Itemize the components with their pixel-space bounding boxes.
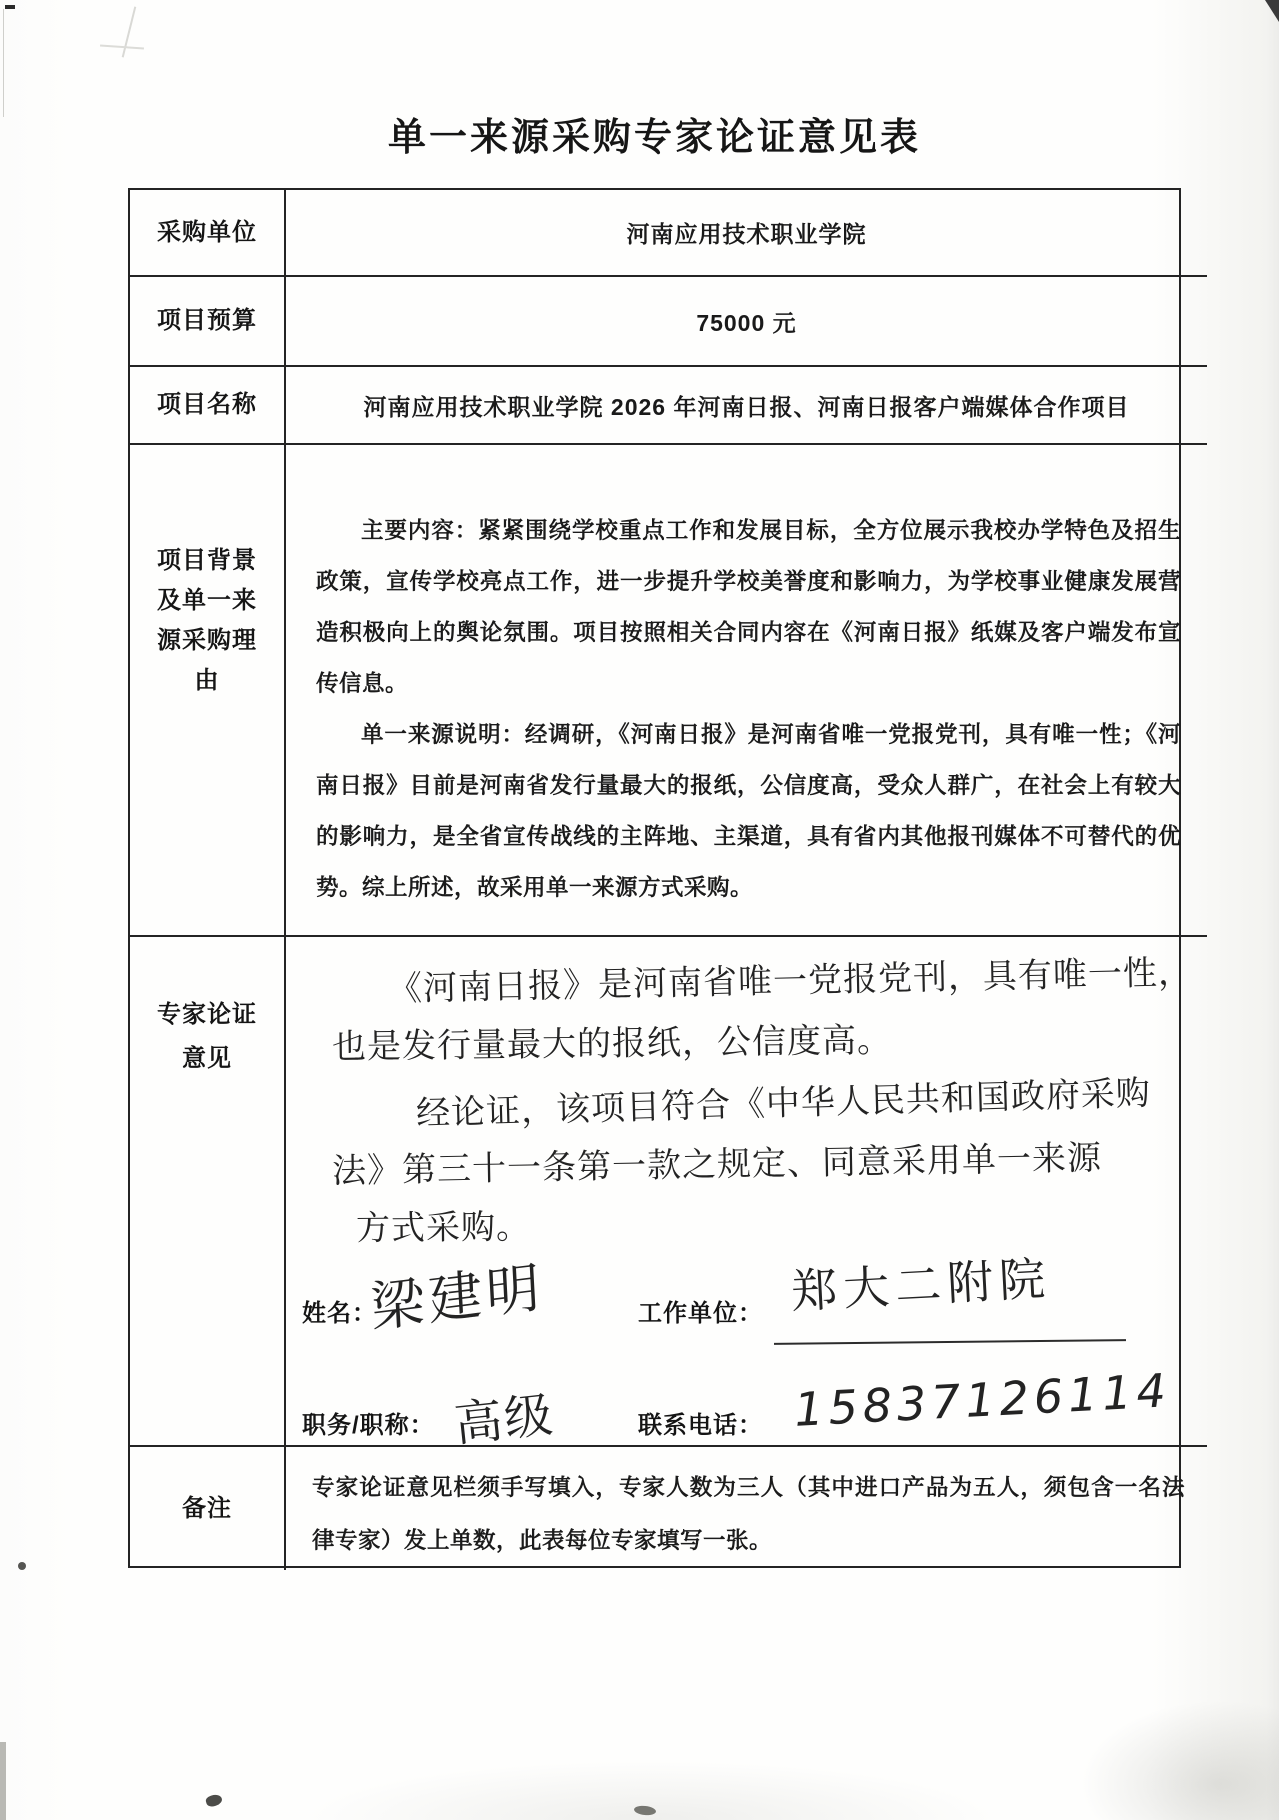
scan-artifact-speck bbox=[634, 1805, 657, 1816]
scan-artifact-smudge bbox=[300, 1760, 1000, 1820]
scan-artifact-dash bbox=[5, 5, 15, 9]
scanned-document-page: 单一来源采购专家论证意见表 采购单位 河南应用技术职业学院 项目预算 75000… bbox=[0, 0, 1279, 1820]
row-background: 项目背景及单一来源采购理由 主要内容：紧紧围绕学校重点工作和发展目标，全方位展示… bbox=[130, 445, 1207, 937]
phone-field-label: 联系电话： bbox=[638, 1405, 763, 1440]
remark-text-cell: 专家论证意见栏须手写填入，专家人数为三人（其中进口产品为五人，须包含一名法律专家… bbox=[286, 1447, 1207, 1570]
position-field-label: 职务/职称： bbox=[302, 1405, 435, 1440]
name-field-label: 姓名： bbox=[302, 1293, 377, 1328]
background-text-cell: 主要内容：紧紧围绕学校重点工作和发展目标，全方位展示我校办学特色及招生政策，宣传… bbox=[286, 445, 1207, 935]
work-unit-field-label: 工作单位： bbox=[638, 1293, 763, 1328]
document-title: 单一来源采购专家论证意见表 bbox=[128, 106, 1181, 161]
scan-artifact-streak bbox=[0, 1742, 6, 1820]
project-name-label: 项目名称 bbox=[145, 385, 269, 425]
budget-label-cell: 项目预算 bbox=[130, 277, 286, 365]
row-expert-opinion: 专家论证意见 《河南日报》是河南省唯一党报党刊，具有唯一性， 也是发行量最大的报… bbox=[130, 937, 1207, 1447]
expert-opinion-cell: 《河南日报》是河南省唯一党报党刊，具有唯一性， 也是发行量最大的报纸，公信度高。… bbox=[286, 937, 1207, 1445]
handwritten-opinion-line: 方式采购。 bbox=[356, 1191, 1194, 1259]
budget-label: 项目预算 bbox=[145, 301, 269, 341]
background-label: 项目背景及单一来源采购理由 bbox=[145, 541, 269, 701]
remark-label: 备注 bbox=[145, 1489, 269, 1529]
expert-opinion-label: 专家论证意见 bbox=[145, 993, 269, 1081]
scan-artifact-pencil-mark bbox=[100, 44, 144, 49]
background-label-cell: 项目背景及单一来源采购理由 bbox=[130, 445, 286, 935]
purchasing-unit-label-cell: 采购单位 bbox=[130, 190, 286, 275]
scan-artifact-speck bbox=[18, 1562, 26, 1570]
row-project-name: 项目名称 河南应用技术职业学院 2026 年河南日报、河南日报客户端媒体合作项目 bbox=[130, 367, 1207, 445]
phone-handwriting: 15837126114 bbox=[793, 1363, 1172, 1437]
budget-value: 75000 元 bbox=[286, 277, 1207, 365]
work-unit-signature: 郑大二附院 bbox=[789, 1242, 1052, 1322]
project-name-value: 河南应用技术职业学院 2026 年河南日报、河南日报客户端媒体合作项目 bbox=[286, 367, 1207, 443]
project-name-label-cell: 项目名称 bbox=[130, 367, 286, 443]
scan-artifact-edge-line bbox=[3, 9, 4, 117]
background-paragraph-2: 单一来源说明：经调研，《河南日报》是河南省唯一党报党刊，具有唯一性；《河南日报》… bbox=[316, 709, 1181, 913]
remark-label-cell: 备注 bbox=[130, 1447, 286, 1570]
background-paragraph-1: 主要内容：紧紧围绕学校重点工作和发展目标，全方位展示我校办学特色及招生政策，宣传… bbox=[316, 505, 1181, 709]
purchasing-unit-value: 河南应用技术职业学院 bbox=[286, 190, 1207, 275]
scan-artifact-smudge bbox=[1080, 1700, 1279, 1820]
row-purchasing-unit: 采购单位 河南应用技术职业学院 bbox=[130, 190, 1207, 277]
expert-opinion-label-cell: 专家论证意见 bbox=[130, 937, 286, 1445]
row-budget: 项目预算 75000 元 bbox=[130, 277, 1207, 367]
position-handwriting: 高级 bbox=[451, 1376, 558, 1455]
purchasing-unit-label: 采购单位 bbox=[145, 213, 269, 253]
form-table: 采购单位 河南应用技术职业学院 项目预算 75000 元 项目名称 河南应用技术… bbox=[128, 188, 1181, 1568]
scan-artifact-speck bbox=[205, 1793, 224, 1808]
work-unit-underline bbox=[774, 1339, 1126, 1345]
scan-artifact-corner bbox=[1265, 0, 1279, 22]
scan-artifact-pencil-mark bbox=[122, 7, 137, 58]
row-remark: 备注 专家论证意见栏须手写填入，专家人数为三人（其中进口产品为五人，须包含一名法… bbox=[130, 1447, 1207, 1570]
remark-text: 专家论证意见栏须手写填入，专家人数为三人（其中进口产品为五人，须包含一名法律专家… bbox=[312, 1461, 1185, 1567]
